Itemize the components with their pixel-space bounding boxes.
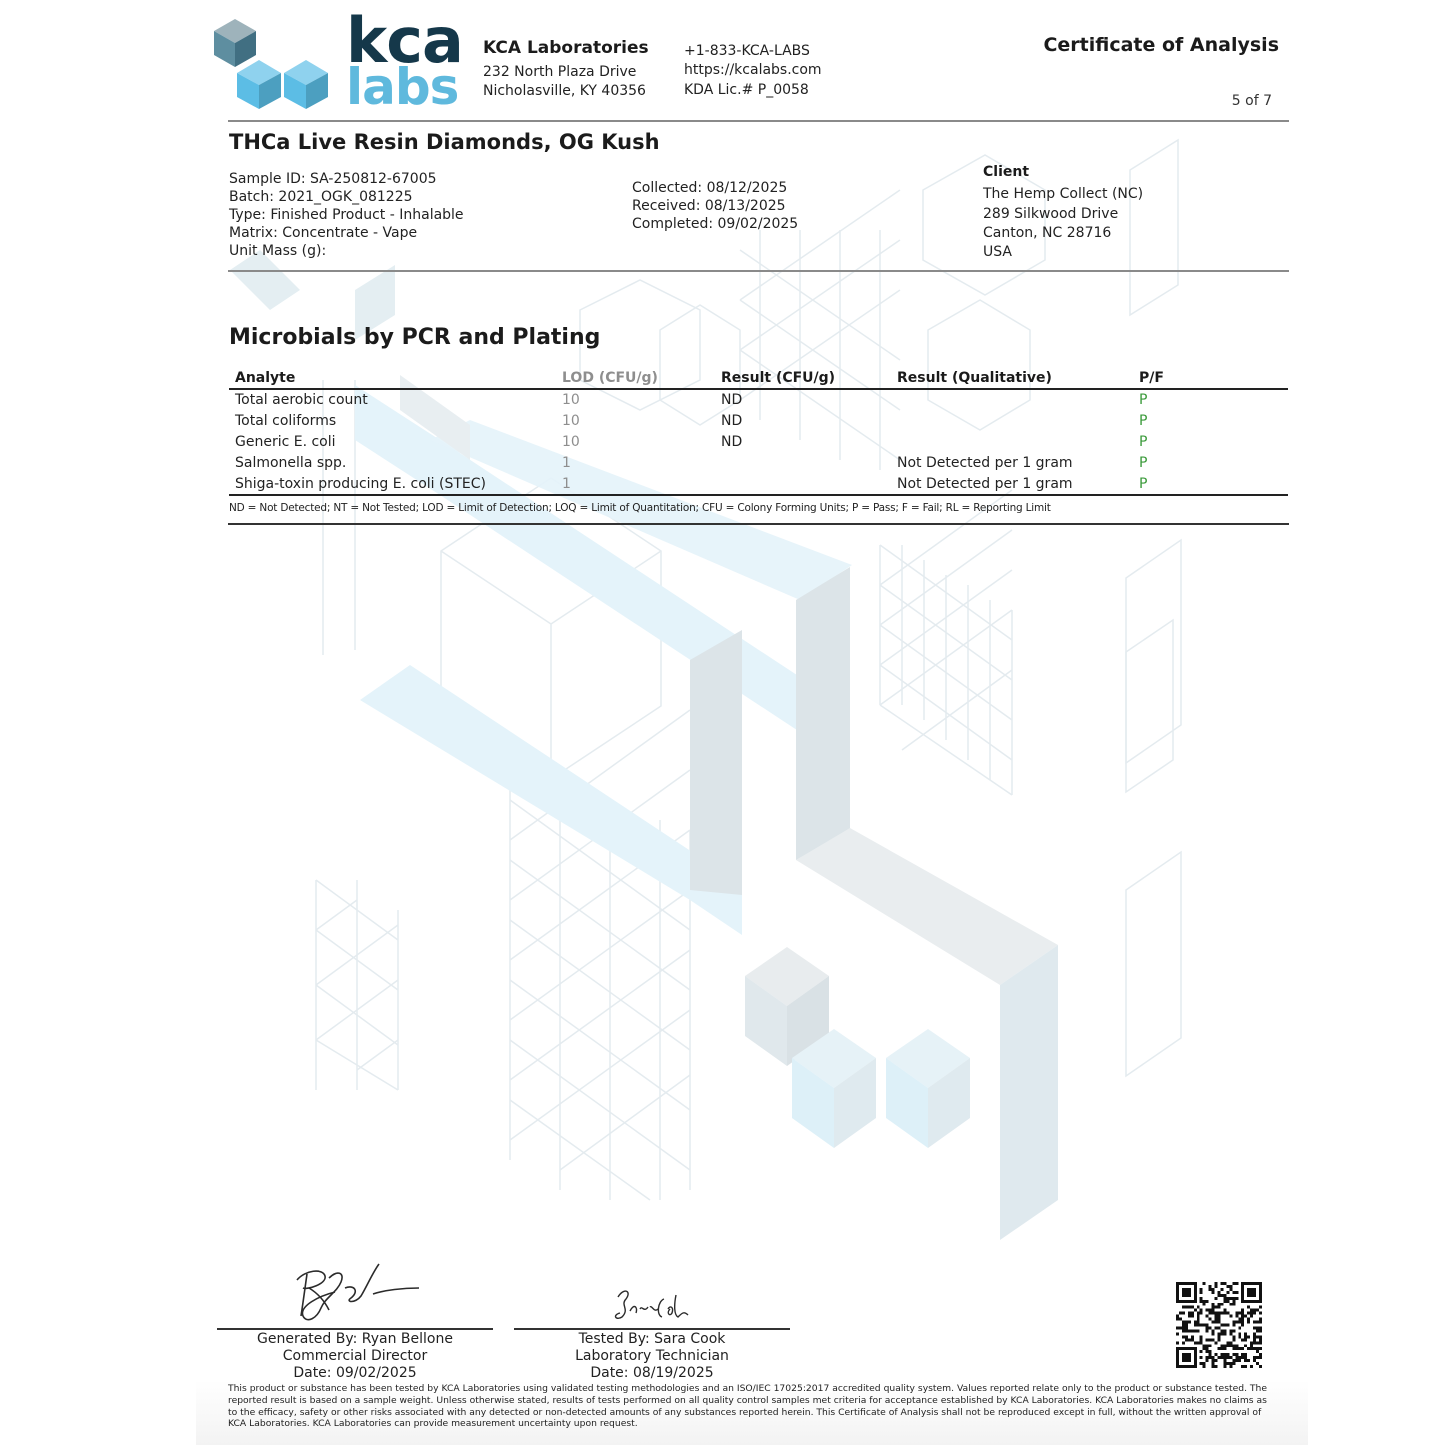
table-row: Shiga-toxin producing E. coli (STEC) 1 N…	[229, 473, 1288, 495]
sample-id: Sample ID: SA-250812-67005	[229, 170, 437, 188]
pass-fail-cell: P	[1133, 452, 1288, 473]
abbreviation-legend: ND = Not Detected; NT = Not Tested; LOD …	[229, 502, 1051, 514]
lab-address-line1: 232 North Plaza Drive	[483, 64, 636, 80]
legend-divider	[228, 523, 1289, 525]
lod-cell: 1	[556, 452, 715, 473]
unit-mass: Unit Mass (g):	[229, 242, 326, 260]
page-indicator: 5 of 7	[1232, 93, 1272, 109]
lod-cell: 10	[556, 389, 715, 411]
signature-ryan-bellone-icon	[285, 1258, 425, 1328]
tested-by-date: Date: 08/19/2025	[514, 1365, 790, 1382]
table-header-row: Analyte LOD (CFU/g) Result (CFU/g) Resul…	[229, 366, 1288, 389]
sample-type: Type: Finished Product - Inhalable	[229, 206, 464, 224]
collected-date: Collected: 08/12/2025	[632, 179, 787, 197]
table-row: Salmonella spp. 1 Not Detected per 1 gra…	[229, 452, 1288, 473]
product-title: THCa Live Resin Diamonds, OG Kush	[229, 130, 660, 154]
pass-fail-cell: P	[1133, 473, 1288, 495]
column-header-pass-fail: P/F	[1133, 366, 1288, 389]
result-cell	[715, 452, 891, 473]
logo-wordmark-labs: labs	[346, 62, 458, 112]
batch: Batch: 2021_OGK_081225	[229, 188, 413, 206]
analyte-cell: Salmonella spp.	[229, 452, 556, 473]
disclaimer-text: This product or substance has been teste…	[228, 1383, 1268, 1430]
client-street: 289 Silkwood Drive	[983, 205, 1118, 224]
client-label: Client	[983, 164, 1029, 180]
matrix: Matrix: Concentrate - Vape	[229, 224, 417, 242]
qualitative-cell	[891, 389, 1133, 411]
result-cell	[715, 473, 891, 495]
column-header-lod: LOD (CFU/g)	[556, 366, 715, 389]
client-country: USA	[983, 243, 1012, 262]
table-row: Generic E. coli 10 ND P	[229, 432, 1288, 453]
signature-sara-cook-icon	[610, 1285, 690, 1327]
qr-code-icon[interactable]	[1176, 1282, 1262, 1368]
tested-by-block: Tested By: Sara Cook Laboratory Technici…	[514, 1331, 790, 1382]
column-header-result: Result (CFU/g)	[715, 366, 891, 389]
lod-cell: 10	[556, 411, 715, 432]
qualitative-cell	[891, 432, 1133, 453]
microbials-table: Analyte LOD (CFU/g) Result (CFU/g) Resul…	[229, 366, 1288, 496]
result-cell: ND	[715, 389, 891, 411]
table-row: Total coliforms 10 ND P	[229, 411, 1288, 432]
qualitative-cell: Not Detected per 1 gram	[891, 452, 1133, 473]
pass-fail-cell: P	[1133, 411, 1288, 432]
generated-by-role: Commercial Director	[217, 1348, 493, 1365]
analyte-cell: Total aerobic count	[229, 389, 556, 411]
lab-phone: +1-833-KCA-LABS	[684, 43, 810, 59]
lod-cell: 10	[556, 432, 715, 453]
signature-line-generated	[217, 1328, 493, 1330]
lab-license: KDA Lic.# P_0058	[684, 82, 809, 98]
section-title: Microbials by PCR and Plating	[229, 325, 600, 350]
lod-cell: 1	[556, 473, 715, 495]
client-city: Canton, NC 28716	[983, 224, 1111, 243]
document-title: Certificate of Analysis	[1043, 34, 1279, 56]
lab-address-line2: Nicholasville, KY 40356	[483, 83, 646, 99]
lab-name: KCA Laboratories	[483, 38, 649, 58]
qualitative-cell	[891, 411, 1133, 432]
result-cell: ND	[715, 432, 891, 453]
qualitative-cell: Not Detected per 1 gram	[891, 473, 1133, 495]
sample-divider	[228, 270, 1289, 272]
generated-by-block: Generated By: Ryan Bellone Commercial Di…	[217, 1331, 493, 1382]
column-header-analyte: Analyte	[229, 366, 556, 389]
pass-fail-cell: P	[1133, 389, 1288, 411]
analyte-cell: Total coliforms	[229, 411, 556, 432]
analyte-cell: Generic E. coli	[229, 432, 556, 453]
completed-date: Completed: 09/02/2025	[632, 215, 798, 233]
table-row: Total aerobic count 10 ND P	[229, 389, 1288, 411]
tested-by-role: Laboratory Technician	[514, 1348, 790, 1365]
column-header-qualitative: Result (Qualitative)	[891, 366, 1133, 389]
received-date: Received: 08/13/2025	[632, 197, 786, 215]
analyte-cell: Shiga-toxin producing E. coli (STEC)	[229, 473, 556, 495]
result-cell: ND	[715, 411, 891, 432]
signature-line-tested	[514, 1328, 790, 1330]
header-divider	[228, 120, 1289, 122]
client-name: The Hemp Collect (NC)	[983, 185, 1143, 204]
tested-by-name: Tested By: Sara Cook	[514, 1331, 790, 1348]
pass-fail-cell: P	[1133, 432, 1288, 453]
lab-website-link[interactable]: https://kcalabs.com	[684, 62, 822, 78]
kca-logo-cubes-icon	[212, 18, 332, 113]
generated-by-name: Generated By: Ryan Bellone	[217, 1331, 493, 1348]
generated-by-date: Date: 09/02/2025	[217, 1365, 493, 1382]
